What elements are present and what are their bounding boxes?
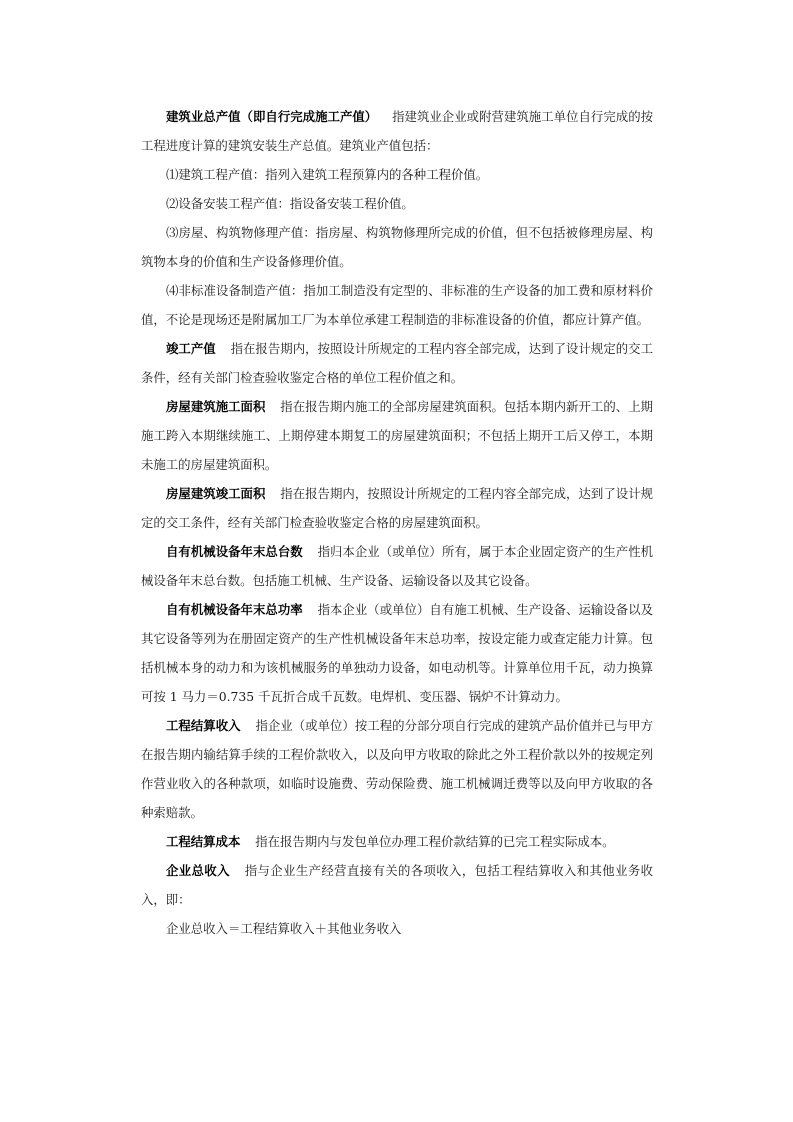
paragraph-item-4: ⑷非标准设备制造产值：指加工制造没有定型的、非标准的生产设备的加工费和原材料价值… <box>141 276 653 334</box>
paragraph-settlement-revenue: 工程结算收入指企业（或单位）按工程的分部分项自行完成的建筑产品价值并已与甲方在报… <box>141 711 653 827</box>
paragraph-gross-output: 建筑业总产值（即自行完成施工产值）指建筑业企业或附营建筑施工单位自行完成的按工程… <box>141 102 653 160</box>
paragraph-total-revenue: 企业总收入指与企业生产经营直接有关的各项收入，包括工程结算收入和其他业务收入，即… <box>141 856 653 914</box>
paragraph-text: 指在报告期内，按照设计所规定的工程内容全部完成，达到了设计规定的交工条件，经有关… <box>141 341 653 385</box>
paragraph-text: 指企业（或单位）按工程的分部分项自行完成的建筑产品价值并已与甲方在报告期内输结算… <box>141 718 653 820</box>
term-heading: 自有机械设备年末总台数 <box>166 544 303 559</box>
term-heading: 工程结算收入 <box>166 718 241 733</box>
paragraph-text: ⑵设备安装工程产值：指设备安装工程价值。 <box>166 196 414 211</box>
term-heading: 建筑业总产值（即自行完成施工产值） <box>166 109 377 124</box>
term-heading: 自有机械设备年末总功率 <box>166 602 303 617</box>
paragraph-construction-area: 房屋建筑施工面积指在报告期内施工的全部房屋建筑面积。包括本期内新开工的、上期施工… <box>141 392 653 479</box>
paragraph-text: 指本企业（或单位）自有施工机械、生产设备、运输设备以及其它设备等列为在册固定资产… <box>141 602 653 704</box>
paragraph-equipment-count: 自有机械设备年末总台数指归本企业（或单位）所有，属于本企业固定资产的生产性机械设… <box>141 537 653 595</box>
paragraph-text: ⑶房屋、构筑物修理产值：指房屋、构筑物修理所完成的价值，但不包括被修理房屋、构筑… <box>141 225 653 269</box>
term-heading: 工程结算成本 <box>166 834 240 849</box>
paragraph-text: ⑷非标准设备制造产值：指加工制造没有定型的、非标准的生产设备的加工费和原材料价值… <box>141 283 653 327</box>
term-heading: 企业总收入 <box>166 863 230 878</box>
document-page: 建筑业总产值（即自行完成施工产值）指建筑业企业或附营建筑施工单位自行完成的按工程… <box>141 102 653 943</box>
paragraph-item-1: ⑴建筑工程产值：指列入建筑工程预算内的各种工程价值。 <box>141 160 653 189</box>
paragraph-item-3: ⑶房屋、构筑物修理产值：指房屋、构筑物修理所完成的价值，但不包括被修理房屋、构筑… <box>141 218 653 276</box>
paragraph-equipment-power: 自有机械设备年末总功率指本企业（或单位）自有施工机械、生产设备、运输设备以及其它… <box>141 595 653 711</box>
paragraph-text: 指在报告期内与发包单位办理工程价款结算的已完工程实际成本。 <box>255 834 614 849</box>
paragraph-text: ⑴建筑工程产值：指列入建筑工程预算内的各种工程价值。 <box>166 167 488 182</box>
formula-total-revenue: 企业总收入＝工程结算收入＋其他业务收入 <box>141 914 653 943</box>
paragraph-completed-output: 竣工产值指在报告期内，按照设计所规定的工程内容全部完成，达到了设计规定的交工条件… <box>141 334 653 392</box>
paragraph-settlement-cost: 工程结算成本指在报告期内与发包单位办理工程价款结算的已完工程实际成本。 <box>141 827 653 856</box>
term-heading: 房屋建筑施工面积 <box>166 399 265 414</box>
term-heading: 房屋建筑竣工面积 <box>166 486 265 501</box>
paragraph-item-2: ⑵设备安装工程产值：指设备安装工程价值。 <box>141 189 653 218</box>
paragraph-completed-area: 房屋建筑竣工面积指在报告期内，按照设计所规定的工程内容全部完成，达到了设计规定的… <box>141 479 653 537</box>
term-heading: 竣工产值 <box>166 341 216 356</box>
